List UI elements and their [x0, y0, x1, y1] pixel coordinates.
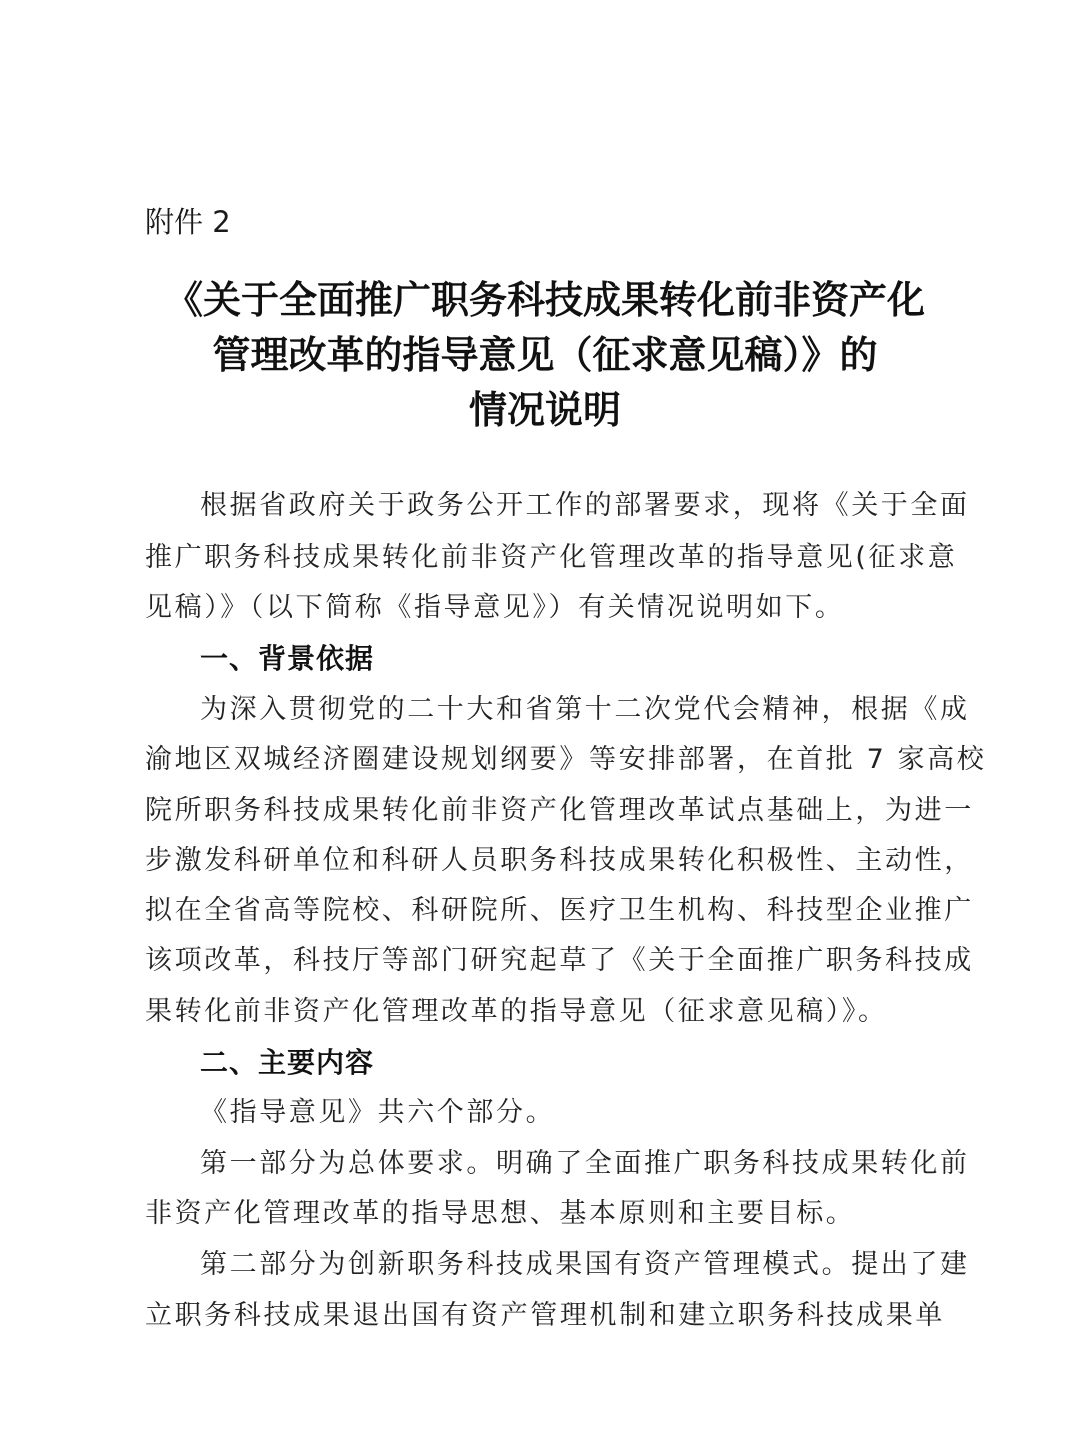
intro-line-1: 根据省政府关于政务公开工作的部署要求，现将《关于全面 — [200, 488, 945, 524]
title-line-3: 情况说明 — [130, 382, 960, 437]
section1-line-5: 拟在全省高等院校、科研院所、医疗卫生机构、科技型企业推广 — [145, 893, 945, 929]
document-page: 附件 2 《关于全面推广职务科技成果转化前非资产化 管理改革的指导意见（征求意见… — [0, 0, 1080, 1455]
attachment-label: 附件 2 — [145, 200, 231, 244]
intro-line-3: 见稿）》（以下简称《指导意见》）有关情况说明如下。 — [145, 590, 945, 626]
section-heading-main-content: 二、主要内容 — [200, 1045, 374, 1081]
section1-line-4: 步激发科研单位和科研人员职务科技成果转化积极性、主动性， — [145, 843, 945, 879]
section2-para3-line-2: 立职务科技成果退出国有资产管理机制和建立职务科技成果单 — [145, 1298, 945, 1334]
title-line-1: 《关于全面推广职务科技成果转化前非资产化 — [130, 272, 960, 327]
title-line-2: 管理改革的指导意见（征求意见稿）》的 — [130, 327, 960, 382]
section2-para1-line-1: 《指导意见》共六个部分。 — [200, 1095, 945, 1131]
section-heading-background: 一、背景依据 — [200, 641, 374, 677]
section2-para2-line-2: 非资产化管理改革的指导思想、基本原则和主要目标。 — [145, 1196, 945, 1232]
section1-line-1: 为深入贯彻党的二十大和省第十二次党代会精神，根据《成 — [200, 692, 945, 728]
section2-para3-line-1: 第二部分为创新职务科技成果国有资产管理模式。提出了建 — [200, 1247, 945, 1283]
section1-line-2: 渝地区双城经济圈建设规划纲要》等安排部署，在首批 7 家高校 — [145, 742, 945, 778]
section2-para2-line-1: 第一部分为总体要求。明确了全面推广职务科技成果转化前 — [200, 1146, 945, 1182]
section1-line-3: 院所职务科技成果转化前非资产化管理改革试点基础上，为进一 — [145, 793, 945, 829]
document-title: 《关于全面推广职务科技成果转化前非资产化 管理改革的指导意见（征求意见稿）》的 … — [130, 272, 960, 437]
intro-line-2: 推广职务科技成果转化前非资产化管理改革的指导意见(征求意 — [145, 540, 945, 576]
section1-line-6: 该项改革，科技厅等部门研究起草了《关于全面推广职务科技成 — [145, 943, 945, 979]
section1-line-7: 果转化前非资产化管理改革的指导意见（征求意见稿）》。 — [145, 994, 945, 1030]
